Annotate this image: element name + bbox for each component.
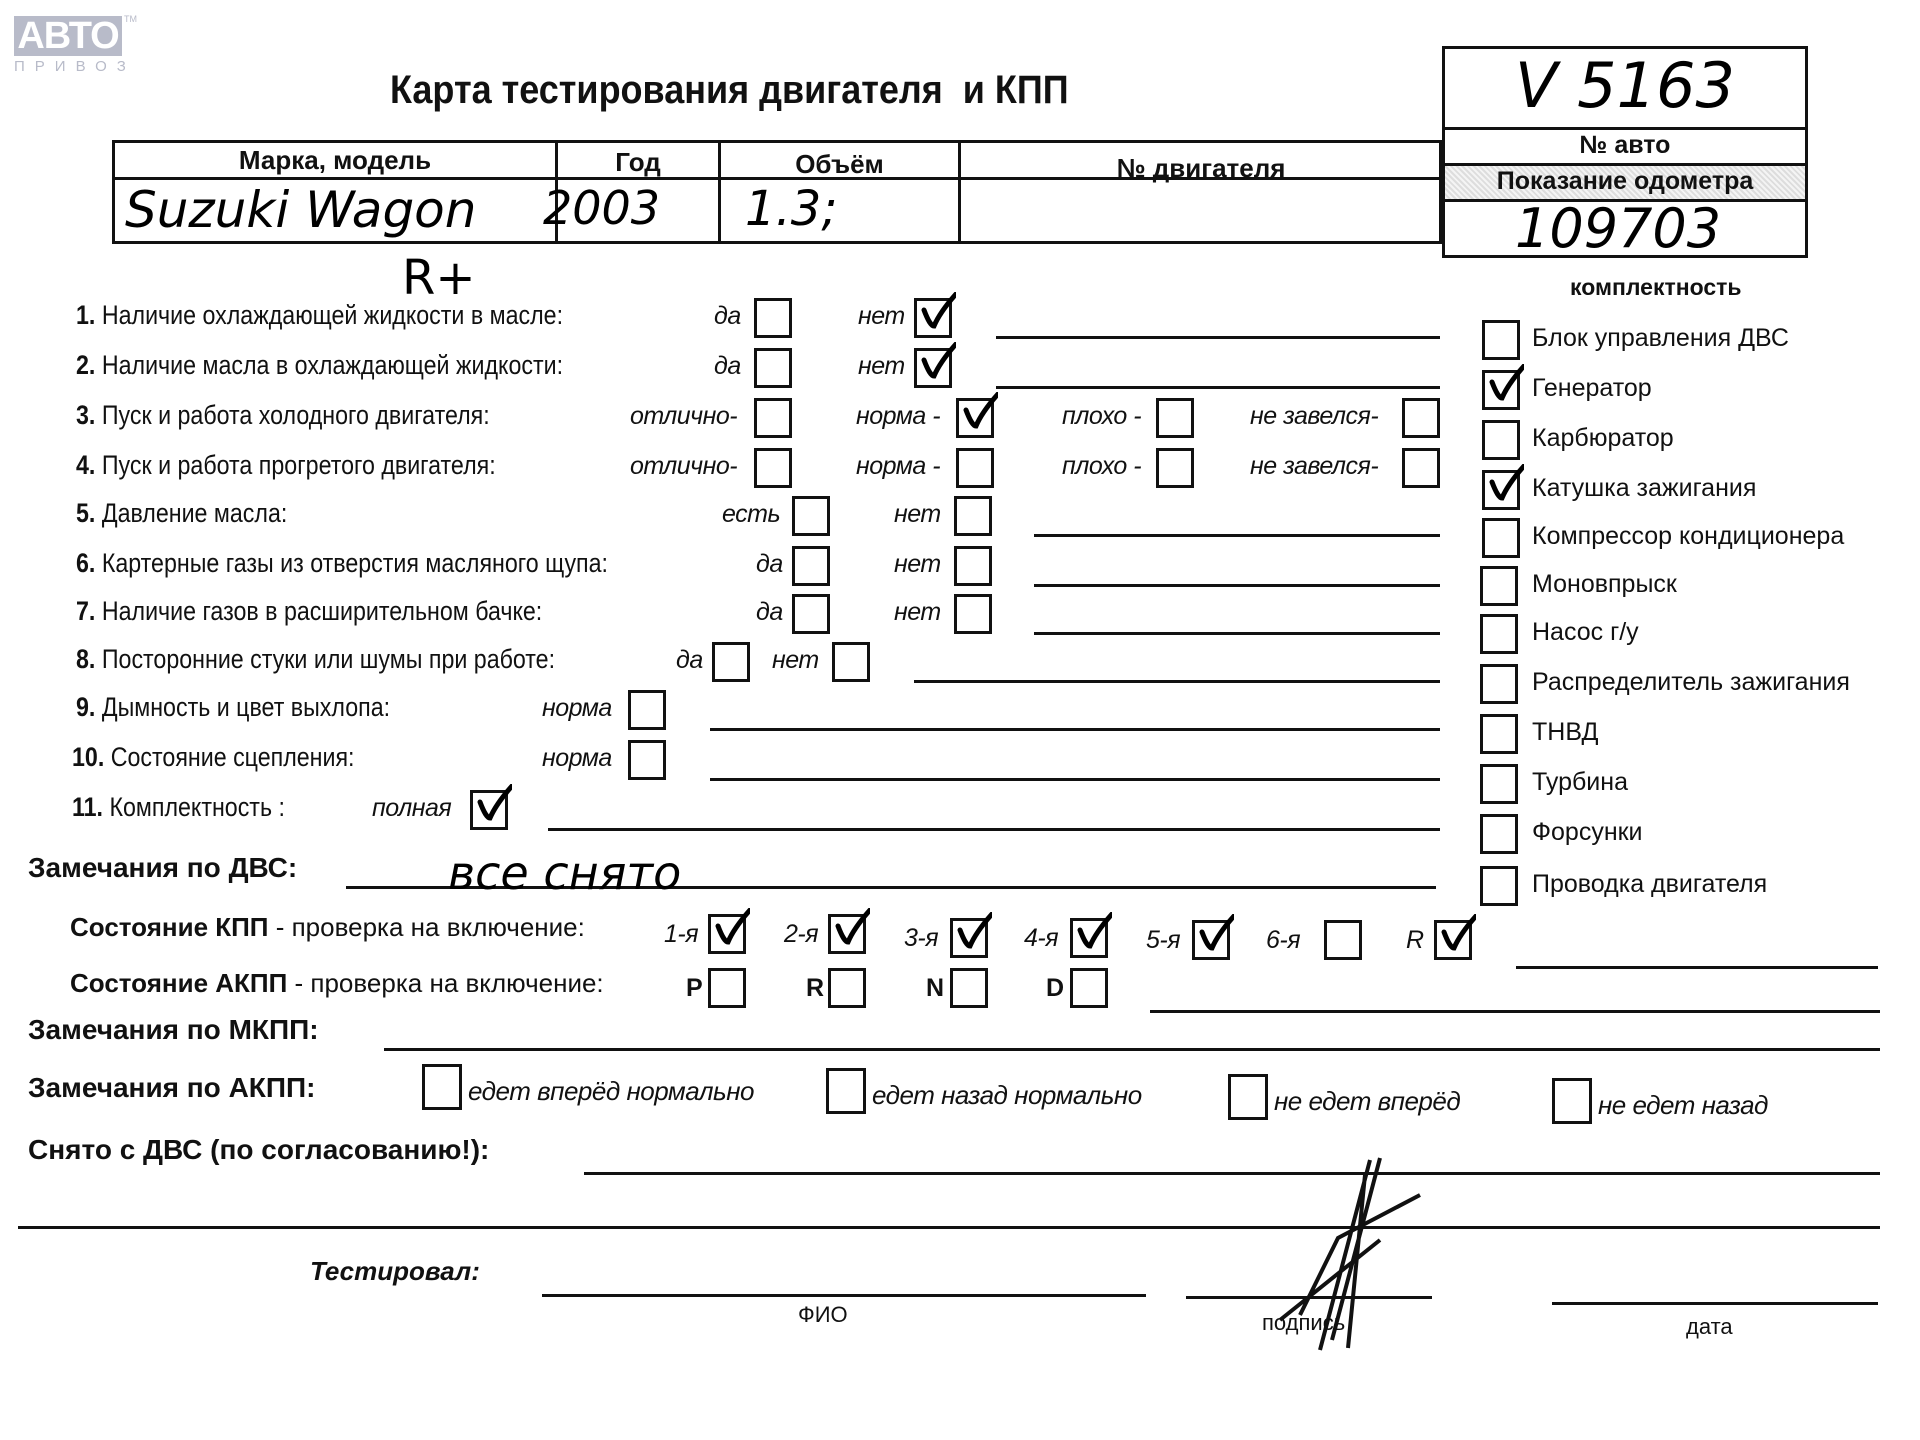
notes-field[interactable] xyxy=(996,386,1440,389)
kit-item-label: Генератор xyxy=(1532,374,1652,403)
option-label: не завелся- xyxy=(1250,452,1378,481)
kit-title: комплектность xyxy=(1570,274,1742,301)
akpp-remark-label: едет назад нормально xyxy=(872,1080,1142,1111)
question-number: 10. xyxy=(72,742,104,772)
checkmark-icon xyxy=(1484,464,1524,504)
question-number: 3. xyxy=(76,400,95,430)
option-label: плохо - xyxy=(1062,452,1141,481)
question-label: 1. Наличие охлаждающей жидкости в масле: xyxy=(76,300,563,331)
option-label: нет xyxy=(894,598,941,627)
checkmark-icon xyxy=(472,784,512,824)
option-label: норма - xyxy=(856,452,940,481)
kit-checkbox[interactable] xyxy=(1482,518,1520,558)
year-field[interactable]: 2003 xyxy=(543,181,660,235)
checkmark-icon xyxy=(958,392,998,432)
question-number: 4. xyxy=(76,450,95,480)
checkmark-icon xyxy=(1072,912,1112,952)
engine-remarks-field[interactable]: все снято xyxy=(448,846,681,900)
option-checkbox[interactable] xyxy=(628,740,666,780)
notes-field[interactable] xyxy=(914,680,1440,683)
option-label: да xyxy=(676,646,703,675)
odometer-value[interactable]: 109703 xyxy=(1515,197,1721,260)
akpp-remark-checkbox[interactable] xyxy=(1228,1074,1268,1120)
checkmark-icon xyxy=(916,292,956,332)
question-text: Состояние сцепления: xyxy=(111,742,355,772)
option-label: да xyxy=(756,598,783,627)
option-label: нет xyxy=(894,550,941,579)
question-text: Комплектность : xyxy=(109,792,284,822)
signature-scribble xyxy=(1220,1150,1440,1370)
column-header-engine-no: № двигателя xyxy=(961,153,1441,184)
option-label: не завелся- xyxy=(1250,402,1378,431)
question-number: 9. xyxy=(76,692,95,722)
checkmark-icon xyxy=(830,908,870,948)
checkmark-icon xyxy=(1484,364,1524,404)
question-text: Картерные газы из отверстия масляного щу… xyxy=(102,548,608,578)
option-label: норма - xyxy=(856,402,940,431)
option-label: норма xyxy=(542,694,612,723)
volume-field[interactable]: 1.3; xyxy=(745,181,838,237)
question-label: 7. Наличие газов в расширительном бачке: xyxy=(76,596,542,627)
option-checkbox[interactable] xyxy=(712,642,750,682)
mkpp-remarks-field[interactable] xyxy=(384,1048,1880,1051)
logo-subtitle: ПРИВОЗ xyxy=(14,58,136,75)
option-checkbox[interactable] xyxy=(628,690,666,730)
fio-caption: ФИО xyxy=(798,1302,848,1328)
kit-item-label: Проводка двигателя xyxy=(1532,870,1767,899)
option-label: есть xyxy=(722,500,780,529)
akpp-remarks-label: Замечания по АКПП: xyxy=(28,1072,315,1104)
akpp-remark-checkbox[interactable] xyxy=(826,1068,866,1114)
auto-gearbox-label: Состояние АКПП - проверка на включение: xyxy=(70,968,604,999)
option-checkbox[interactable] xyxy=(1402,448,1440,488)
kit-checkbox[interactable] xyxy=(1480,566,1518,606)
question-text: Пуск и работа прогретого двигателя: xyxy=(102,450,496,480)
gear-checkbox[interactable] xyxy=(950,968,988,1008)
option-label: да xyxy=(714,302,741,331)
notes-field[interactable] xyxy=(996,336,1440,339)
question-label: 8. Посторонние стуки или шумы при работе… xyxy=(76,644,555,675)
option-checkbox[interactable] xyxy=(754,298,792,338)
column-header-make-model: Марка, модель xyxy=(115,145,555,176)
divider xyxy=(18,1226,1880,1229)
auto-gearbox-label-bold: Состояние АКПП xyxy=(70,968,287,998)
notes-field[interactable] xyxy=(1034,584,1440,587)
option-checkbox[interactable] xyxy=(754,348,792,388)
notes-field[interactable] xyxy=(1034,534,1440,537)
gear-label: 6-я xyxy=(1266,926,1300,955)
gear-label: P xyxy=(686,974,702,1003)
question-number: 8. xyxy=(76,644,95,674)
logo-trademark: TM xyxy=(124,14,137,24)
option-checkbox[interactable] xyxy=(954,594,992,634)
auto-number-label: № авто xyxy=(1445,131,1805,160)
option-label: отлично- xyxy=(630,402,737,431)
question-label: 5. Давление масла: xyxy=(76,498,287,529)
odometer-label: Показание одометра xyxy=(1445,167,1805,196)
option-label: нет xyxy=(894,500,941,529)
make-model-field[interactable]: Suzuki Wagon xyxy=(125,181,476,239)
checkmark-icon xyxy=(952,912,992,952)
option-checkbox[interactable] xyxy=(956,448,994,488)
option-label: да xyxy=(714,352,741,381)
option-label: нет xyxy=(858,352,905,381)
gear-checkbox[interactable] xyxy=(828,968,866,1008)
question-text: Наличие охлаждающей жидкости в масле: xyxy=(102,300,563,330)
akpp-remark-label: не едет вперёд xyxy=(1274,1086,1460,1117)
notes-field[interactable] xyxy=(1034,632,1440,635)
akpp-remark-checkbox[interactable] xyxy=(1552,1078,1592,1124)
manual-gearbox-label: Состояние КПП - проверка на включение: xyxy=(70,912,585,943)
gear-label: R xyxy=(1406,926,1424,955)
option-label: норма xyxy=(542,744,612,773)
option-checkbox[interactable] xyxy=(754,448,792,488)
option-checkbox[interactable] xyxy=(792,496,830,536)
kit-checkbox[interactable] xyxy=(1482,420,1520,460)
kit-checkbox[interactable] xyxy=(1480,614,1518,654)
notes-field[interactable] xyxy=(710,778,1440,781)
question-number: 7. xyxy=(76,596,95,626)
engine-remarks-label: Замечания по ДВС: xyxy=(28,852,297,884)
kit-item-label: Распределитель зажигания xyxy=(1532,668,1850,697)
question-label: 2. Наличие масла в охлаждающей жидкости: xyxy=(76,350,563,381)
question-text: Наличие газов в расширительном бачке: xyxy=(102,596,542,626)
kit-checkbox[interactable] xyxy=(1482,320,1520,360)
auto-number-box: V 5163 № авто Показание одометра 109703 xyxy=(1442,46,1808,258)
gear-label: 1-я xyxy=(664,920,698,949)
checkmark-icon xyxy=(1194,914,1234,954)
akpp-remark-label: едет вперёд нормально xyxy=(468,1076,754,1107)
kit-checkbox[interactable] xyxy=(1480,764,1518,804)
akpp-remark-checkbox[interactable] xyxy=(422,1064,462,1110)
column-header-volume: Объём xyxy=(721,149,958,180)
vehicle-info-table: Марка, модель Год Объём № двигателя Suzu… xyxy=(112,140,1442,244)
question-number: 1. xyxy=(76,300,95,330)
notes-field[interactable] xyxy=(710,728,1440,731)
gear-label: 3-я xyxy=(904,924,938,953)
question-text: Наличие масла в охлаждающей жидкости: xyxy=(102,350,563,380)
checkmark-icon xyxy=(916,342,956,382)
date-field[interactable] xyxy=(1552,1302,1878,1305)
question-label: 3. Пуск и работа холодного двигателя: xyxy=(76,400,490,431)
removed-label: Снято с ДВС (по согласованию!): xyxy=(28,1134,489,1166)
option-checkbox[interactable] xyxy=(832,642,870,682)
manual-gearbox-label-bold: Состояние КПП xyxy=(70,912,269,942)
question-number: 6. xyxy=(76,548,95,578)
option-label: нет xyxy=(772,646,819,675)
gear-checkbox[interactable] xyxy=(708,968,746,1008)
make-model-note: R+ xyxy=(402,250,476,306)
option-label: да xyxy=(756,550,783,579)
question-text: Давление масла: xyxy=(102,498,287,528)
kit-item-label: Насос г/у xyxy=(1532,618,1639,647)
gear-label: R xyxy=(806,974,824,1003)
question-text: Пуск и работа холодного двигателя: xyxy=(102,400,490,430)
option-checkbox[interactable] xyxy=(954,496,992,536)
kit-item-label: Блок управления ДВС xyxy=(1532,324,1789,353)
question-number: 2. xyxy=(76,350,95,380)
kit-item-label: Моновпрыск xyxy=(1532,570,1677,599)
kit-item-label: Компрессор кондиционера xyxy=(1532,522,1844,551)
company-logo: АВТО xyxy=(14,16,122,56)
akpp-remark-label: не едет назад xyxy=(1598,1090,1768,1121)
question-label: 6. Картерные газы из отверстия масляного… xyxy=(76,548,608,579)
auto-gearbox-label-rest: - проверка на включение: xyxy=(287,968,603,998)
question-label: 10. Состояние сцепления: xyxy=(72,742,354,773)
gear-label: 2-я xyxy=(784,920,818,949)
gear-checkbox[interactable] xyxy=(1324,920,1362,960)
question-text: Посторонние стуки или шумы при работе: xyxy=(102,644,555,674)
question-number: 11. xyxy=(72,792,103,822)
gear-label: 5-я xyxy=(1146,926,1180,955)
option-label: отлично- xyxy=(630,452,737,481)
gear-checkbox[interactable] xyxy=(1070,968,1108,1008)
fio-field[interactable] xyxy=(542,1294,1146,1297)
mkpp-remarks-label: Замечания по МКПП: xyxy=(28,1014,319,1046)
kit-checkbox[interactable] xyxy=(1480,814,1518,854)
page-title: Карта тестирования двигателя и КПП xyxy=(390,68,1069,113)
option-checkbox[interactable] xyxy=(1402,398,1440,438)
kit-checkbox[interactable] xyxy=(1480,714,1518,754)
date-caption: дата xyxy=(1686,1314,1733,1340)
column-header-year: Год xyxy=(558,147,718,178)
gear-label: 4-я xyxy=(1024,924,1058,953)
kit-item-label: Карбюратор xyxy=(1532,424,1674,453)
gear-label: D xyxy=(1046,974,1064,1003)
question-label: 4. Пуск и работа прогретого двигателя: xyxy=(76,450,496,481)
kit-item-label: Турбина xyxy=(1532,768,1628,797)
question-text: Дымность и цвет выхлопа: xyxy=(102,692,390,722)
option-checkbox[interactable] xyxy=(792,546,830,586)
question-label: 11. Комплектность : xyxy=(72,792,285,823)
kit-checkbox[interactable] xyxy=(1480,664,1518,704)
kit-item-label: Форсунки xyxy=(1532,818,1643,847)
gear-label: N xyxy=(926,974,944,1003)
manual-gearbox-label-rest: - проверка на включение: xyxy=(269,912,585,942)
option-label: полная xyxy=(372,794,451,823)
option-checkbox[interactable] xyxy=(954,546,992,586)
option-checkbox[interactable] xyxy=(754,398,792,438)
auto-number-value[interactable]: V 5163 xyxy=(1515,49,1735,122)
tested-by-label: Тестировал: xyxy=(310,1256,480,1287)
option-label: плохо - xyxy=(1062,402,1141,431)
option-checkbox[interactable] xyxy=(1156,448,1194,488)
option-checkbox[interactable] xyxy=(1156,398,1194,438)
option-checkbox[interactable] xyxy=(792,594,830,634)
option-label: нет xyxy=(858,302,905,331)
checkmark-icon xyxy=(1436,914,1476,954)
question-number: 5. xyxy=(76,498,95,528)
checkmark-icon xyxy=(710,908,750,948)
kit-checkbox[interactable] xyxy=(1480,866,1518,906)
notes-field[interactable] xyxy=(548,828,1440,831)
question-label: 9. Дымность и цвет выхлопа: xyxy=(76,692,390,723)
kit-item-label: ТНВД xyxy=(1532,718,1598,747)
kit-item-label: Катушка зажигания xyxy=(1532,474,1756,503)
